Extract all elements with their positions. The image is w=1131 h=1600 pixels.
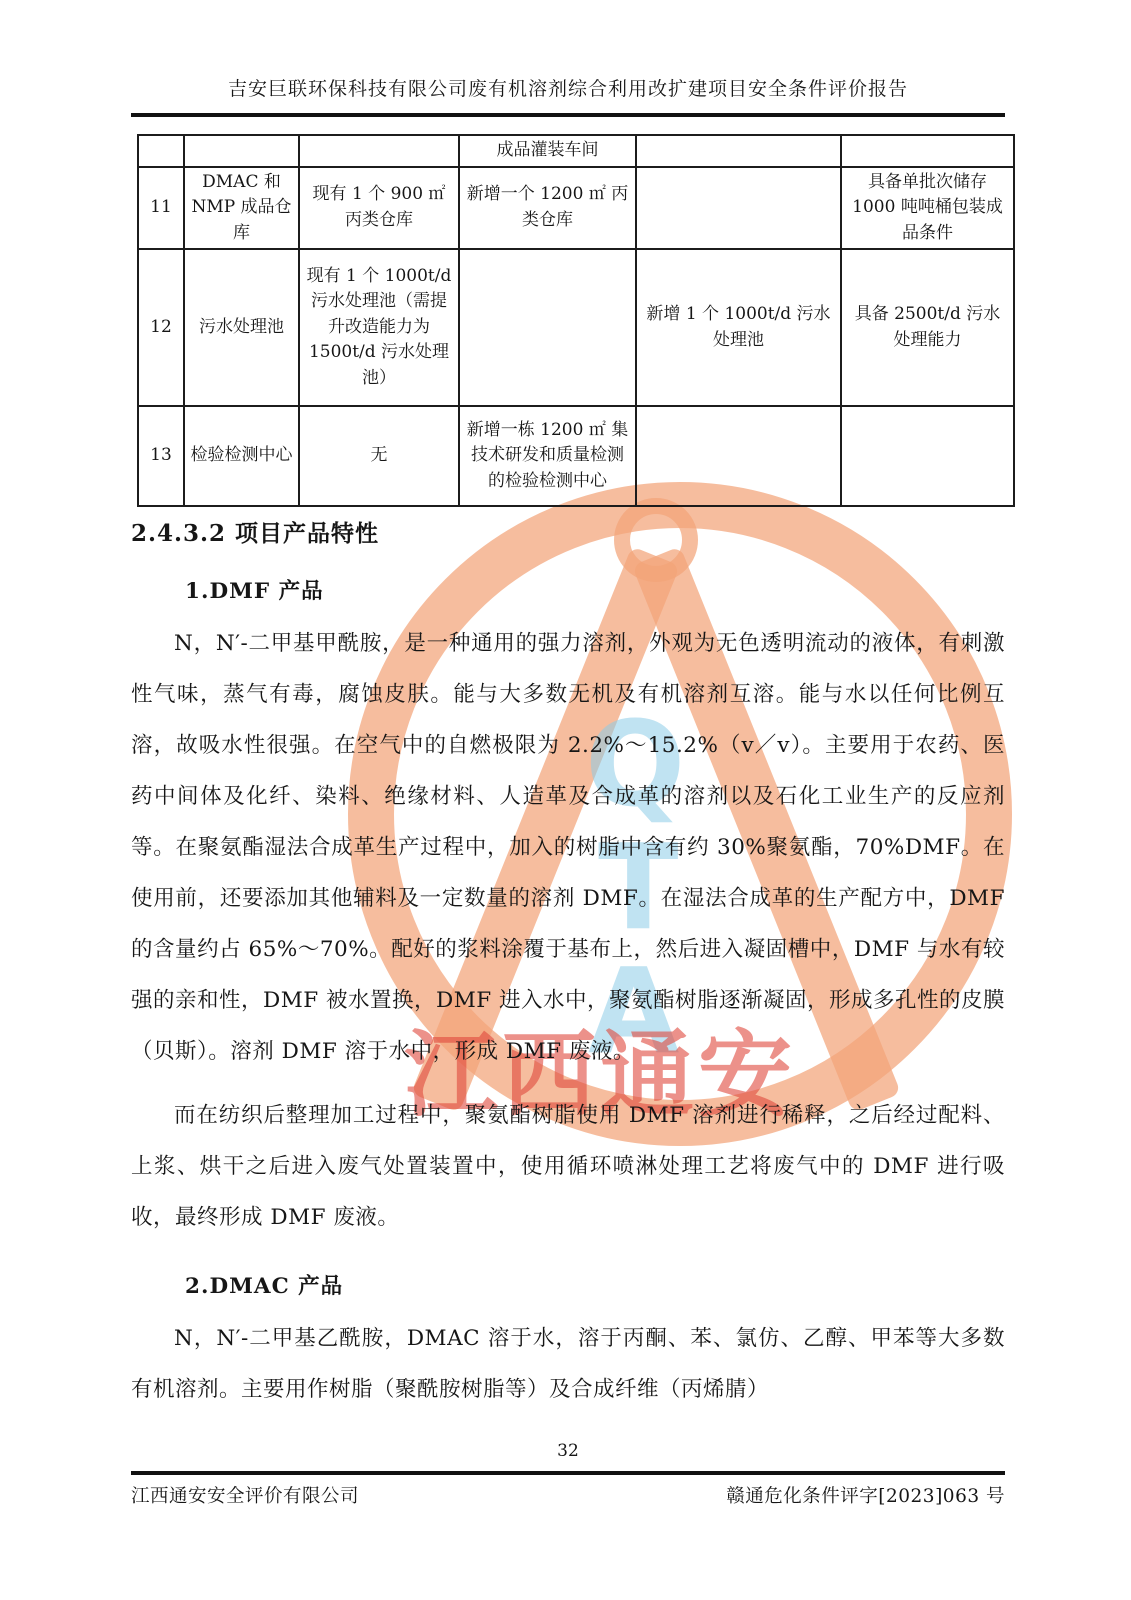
table-row: 成品灌装车间 — [138, 135, 1014, 167]
table-cell — [636, 167, 841, 250]
table-cell: 新增 1 个 1000t/d 污水处理池 — [636, 249, 841, 406]
table-cell — [636, 406, 841, 506]
table-cell: 成品灌装车间 — [459, 135, 636, 167]
table-cell: 无 — [299, 406, 459, 506]
table-row: 11 DMAC 和 NMP 成品仓库 现有 1 个 900 ㎡ 丙类仓库 新增一… — [138, 167, 1014, 250]
footer-row: 江西通安安全评价有限公司 赣通危化条件评字[2023]063 号 — [131, 1482, 1005, 1508]
table-cell: 新增一个 1200 ㎡ 丙类仓库 — [459, 167, 636, 250]
header-rule — [131, 113, 1005, 117]
table-cell — [184, 135, 299, 167]
table-cell: DMAC 和 NMP 成品仓库 — [184, 167, 299, 250]
paragraph-dmf-1: N，N′-二甲基甲酰胺，是一种通用的强力溶剂，外观为无色透明流动的液体，有刺激性… — [131, 618, 1005, 1077]
footer-doc-number: 赣通危化条件评字[2023]063 号 — [726, 1482, 1005, 1508]
table-cell: 污水处理池 — [184, 249, 299, 406]
footer-rule — [131, 1471, 1005, 1475]
table-cell: 现有 1 个 900 ㎡ 丙类仓库 — [299, 167, 459, 250]
page-content: 吉安巨联环保科技有限公司废有机溶剂综合利用改扩建项目安全条件评价报告 成品灌装车… — [0, 0, 1131, 1415]
table-cell — [841, 406, 1014, 506]
table-cell — [299, 135, 459, 167]
table-cell — [459, 249, 636, 406]
document-page: Q T A 江西通安 吉安巨联环保科技有限公司废有机溶剂综合利用改扩建项目安全条… — [0, 0, 1131, 1600]
table-cell — [841, 135, 1014, 167]
table-cell: 具备 2500t/d 污水处理能力 — [841, 249, 1014, 406]
table-cell: 具备单批次储存 1000 吨吨桶包装成品条件 — [841, 167, 1014, 250]
table-cell: 现有 1 个 1000t/d 污水处理池（需提升改造能力为 1500t/d 污水… — [299, 249, 459, 406]
page-footer: 32 江西通安安全评价有限公司 赣通危化条件评字[2023]063 号 — [131, 1441, 1005, 1508]
subsection-heading-dmf: 1.DMF 产品 — [185, 574, 1005, 605]
table-cell — [138, 135, 184, 167]
table-cell: 12 — [138, 249, 184, 406]
section-heading: 2.4.3.2 项目产品特性 — [131, 515, 1005, 548]
table-cell: 新增一栋 1200 ㎡ 集技术研发和质量检测的检验检测中心 — [459, 406, 636, 506]
document-header-title: 吉安巨联环保科技有限公司废有机溶剂综合利用改扩建项目安全条件评价报告 — [131, 0, 1005, 101]
table-cell: 13 — [138, 406, 184, 506]
paragraph-dmf-2: 而在纺织后整理加工过程中，聚氨酯树脂使用 DMF 溶剂进行稀释，之后经过配料、上… — [131, 1090, 1005, 1243]
comparison-table: 成品灌装车间 11 DMAC 和 NMP 成品仓库 现有 1 个 900 ㎡ 丙… — [137, 134, 1015, 507]
table-row: 13 检验检测中心 无 新增一栋 1200 ㎡ 集技术研发和质量检测的检验检测中… — [138, 406, 1014, 506]
page-number: 32 — [131, 1441, 1005, 1461]
table-cell: 检验检测中心 — [184, 406, 299, 506]
table-row: 12 污水处理池 现有 1 个 1000t/d 污水处理池（需提升改造能力为 1… — [138, 249, 1014, 406]
subsection-heading-dmac: 2.DMAC 产品 — [185, 1269, 1005, 1300]
paragraph-dmac-1: N，N′-二甲基乙酰胺，DMAC 溶于水，溶于丙酮、苯、氯仿、乙醇、甲苯等大多数… — [131, 1313, 1005, 1415]
footer-company: 江西通安安全评价有限公司 — [131, 1482, 359, 1508]
table-cell — [636, 135, 841, 167]
table-cell: 11 — [138, 167, 184, 250]
